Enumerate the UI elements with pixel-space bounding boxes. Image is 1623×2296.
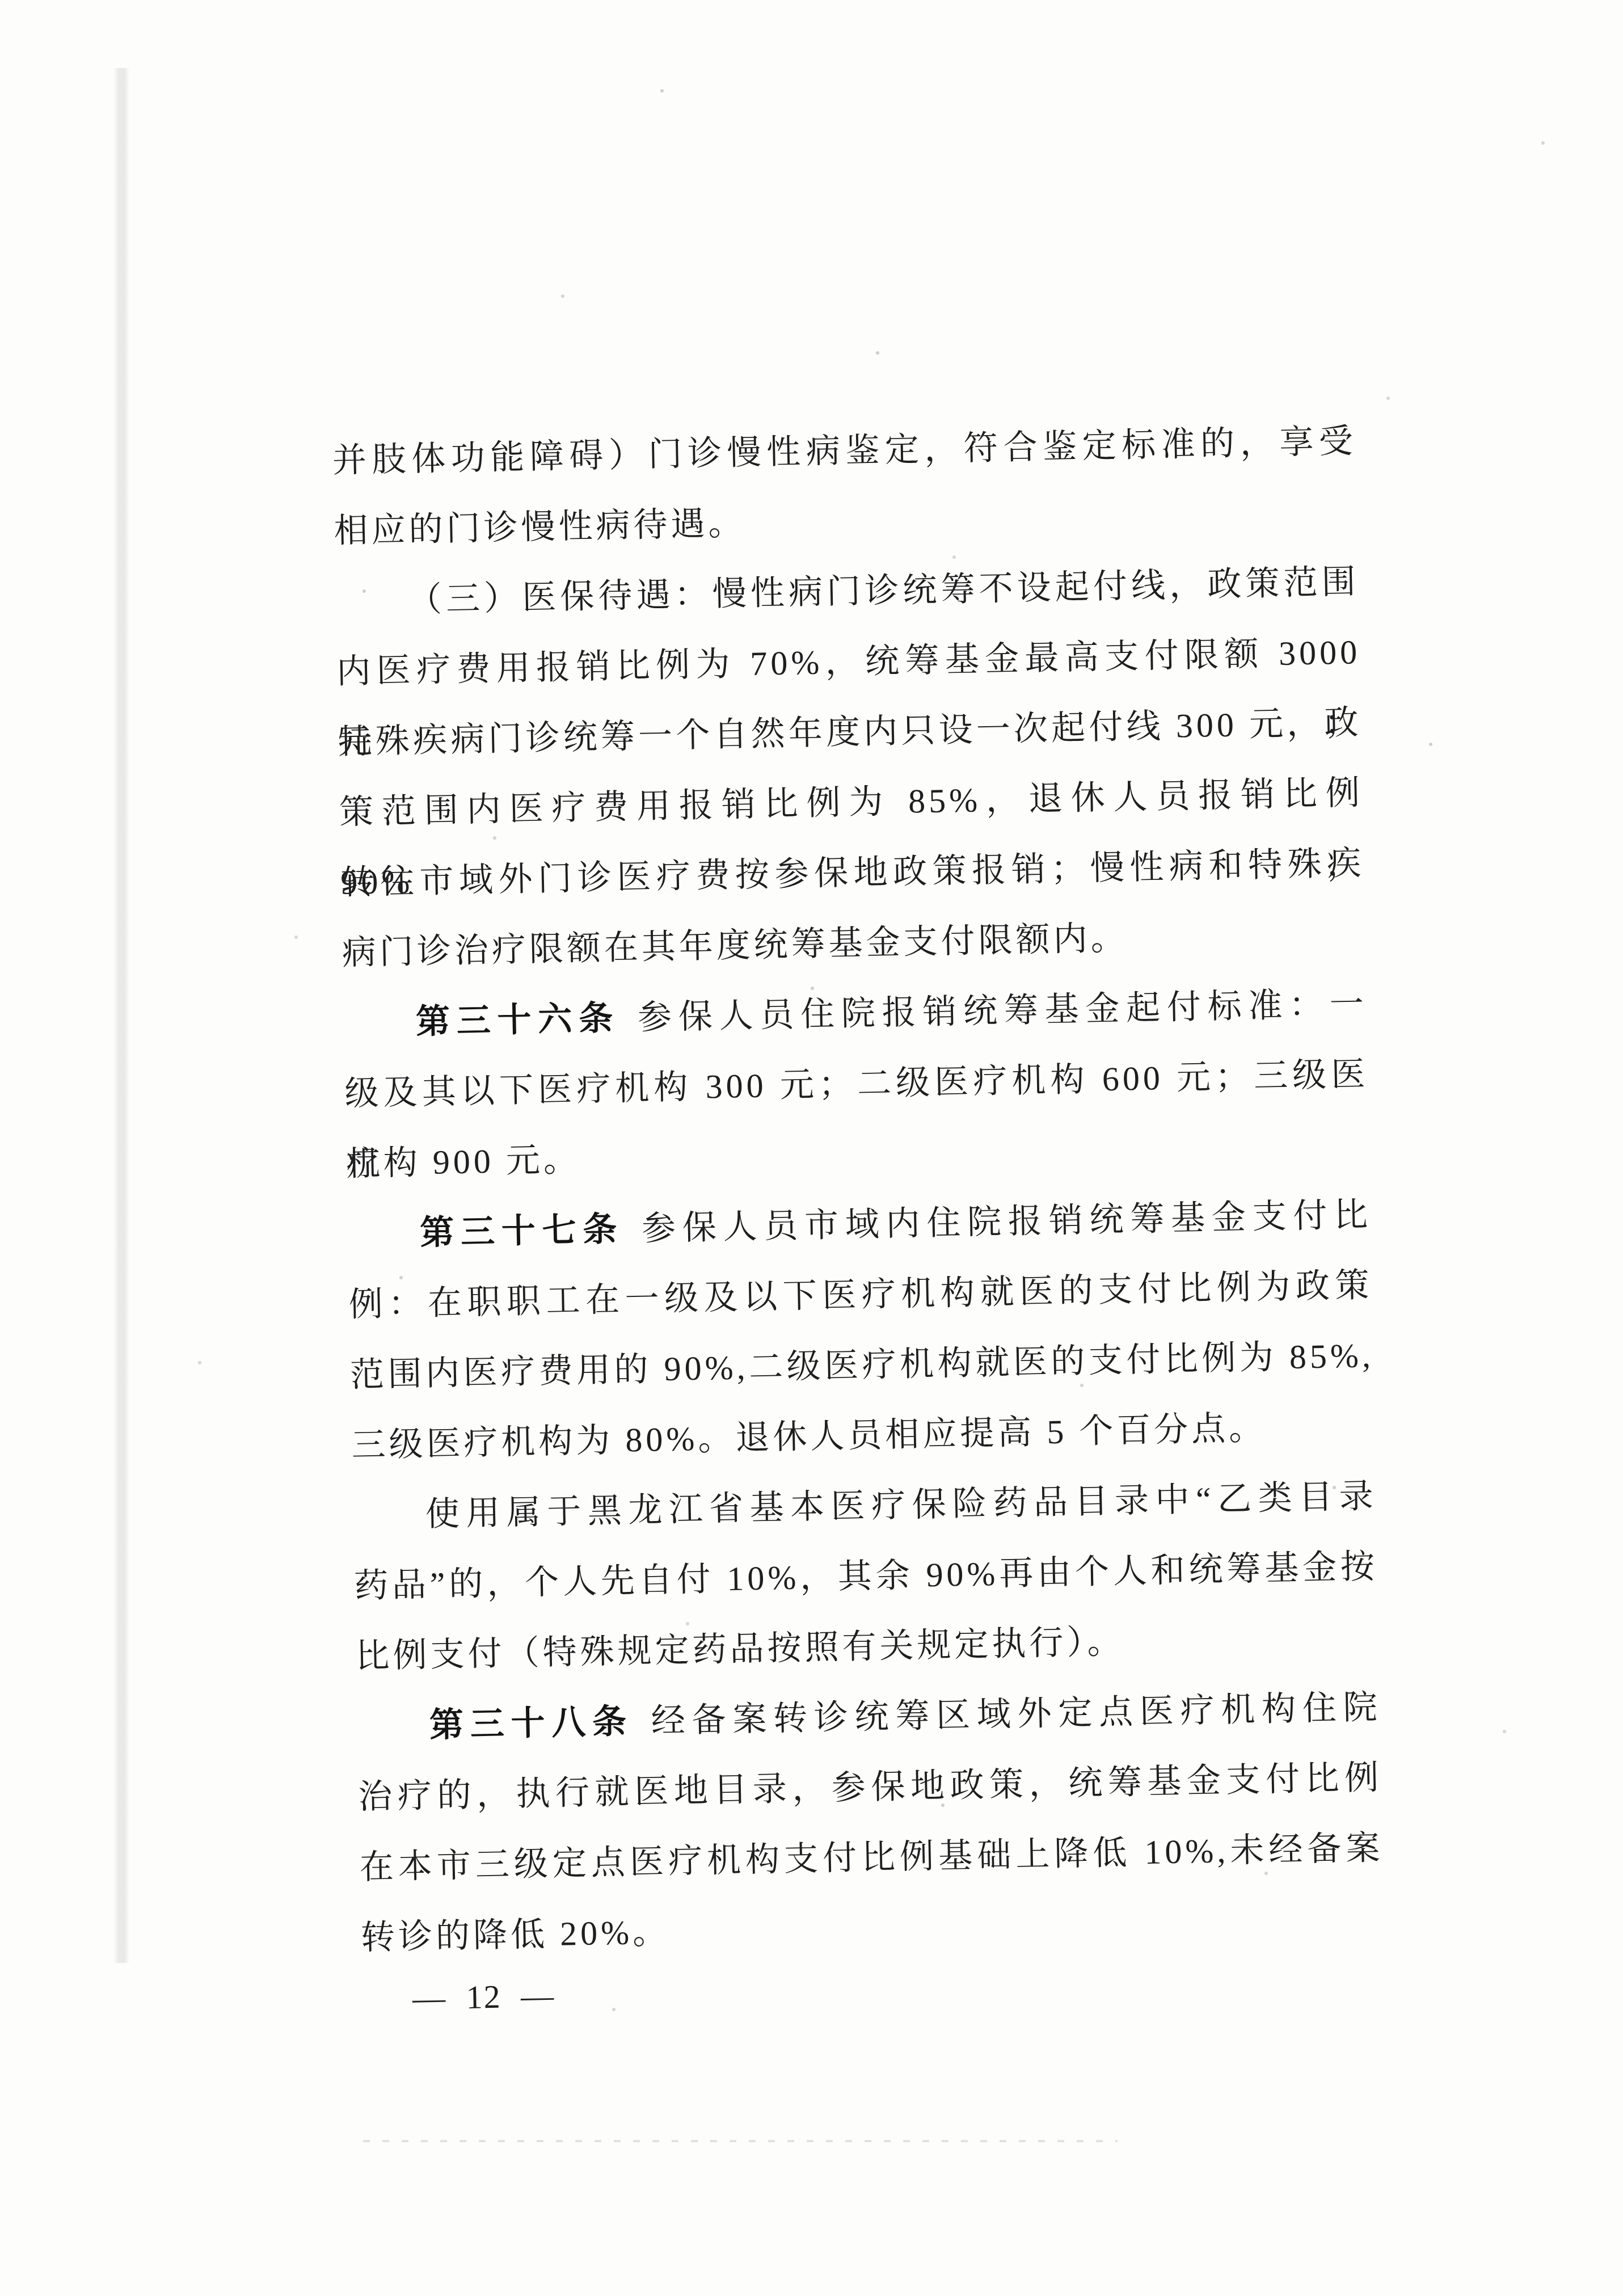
line-text: 三级医疗机构为 80%。退休人员相应提高 5 个百分点。 xyxy=(351,1409,1267,1464)
line-text: 转诊的降低 20%。 xyxy=(361,1913,671,1956)
line-text: 参保人员市域内住院报销统筹基金支付比 xyxy=(642,1196,1372,1248)
line-text: 药品”的，个人先自付 10%，其余 90%再由个人和统筹基金按 xyxy=(354,1548,1379,1605)
line-text: 特殊疾病门诊统筹一个自然年度内只设一次起付线 300 元，政 xyxy=(338,703,1362,761)
document-text-block: 并肢体功能障碍）门诊慢性病鉴定，符合鉴定标准的，享受 相应的门诊慢性病待遇。 （… xyxy=(332,406,1385,1973)
toner-smudge-line xyxy=(363,2140,1118,2142)
line-text: 并肢体功能障碍）门诊慢性病鉴定，符合鉴定标准的，享受 xyxy=(332,422,1357,479)
line-text: 在本市三级定点医疗机构支付比例基础上降低 10%,未经备案 xyxy=(359,1829,1384,1886)
line-text: 比例支付（特殊规定药品按照有关规定执行）。 xyxy=(355,1623,1125,1675)
line-text: 相应的门诊慢性病待遇。 xyxy=(334,504,746,550)
scan-speckles xyxy=(0,0,2,2)
line-text: 治疗的，执行就医地目录，参保地政策，统筹基金支付比例 xyxy=(358,1759,1382,1816)
article-head: 第三十六条 xyxy=(416,999,620,1040)
article-head: 第三十七条 xyxy=(420,1210,624,1252)
scanned-document-page: 并肢体功能障碍）门诊慢性病鉴定，符合鉴定标准的，享受 相应的门诊慢性病待遇。 （… xyxy=(0,0,1623,2296)
line-text: 转往市域外门诊医疗费按参保地政策报销；慢性病和特殊疾 xyxy=(340,844,1365,901)
article-head: 第三十八条 xyxy=(429,1703,633,1744)
line-text: 范围内医疗费用的 90%,二级医疗机构就医的支付比例为 85%, xyxy=(350,1337,1375,1394)
line-text: （三）医保待遇：慢性病门诊统筹不设起付线，政策范围 xyxy=(407,563,1359,618)
line-text: 经备案转诊统筹区域外定点医疗机构住院 xyxy=(651,1688,1381,1740)
line-text: 使用属于黑龙江省基本医疗保险药品目录中“乙类目录 xyxy=(425,1477,1377,1533)
line-text: 参保人员住院报销统筹基金起付标准：一 xyxy=(637,985,1367,1037)
line-text: 例：在职职工在一级及以下医疗机构就医的支付比例为政策 xyxy=(348,1266,1373,1324)
line-text: 病门诊治疗限额在其年度统筹基金支付限额内。 xyxy=(342,919,1128,972)
line-text: 机构 900 元。 xyxy=(345,1141,581,1183)
page-number: — 12 — xyxy=(412,1975,555,2019)
scanner-stripe-artifact xyxy=(113,68,129,1963)
